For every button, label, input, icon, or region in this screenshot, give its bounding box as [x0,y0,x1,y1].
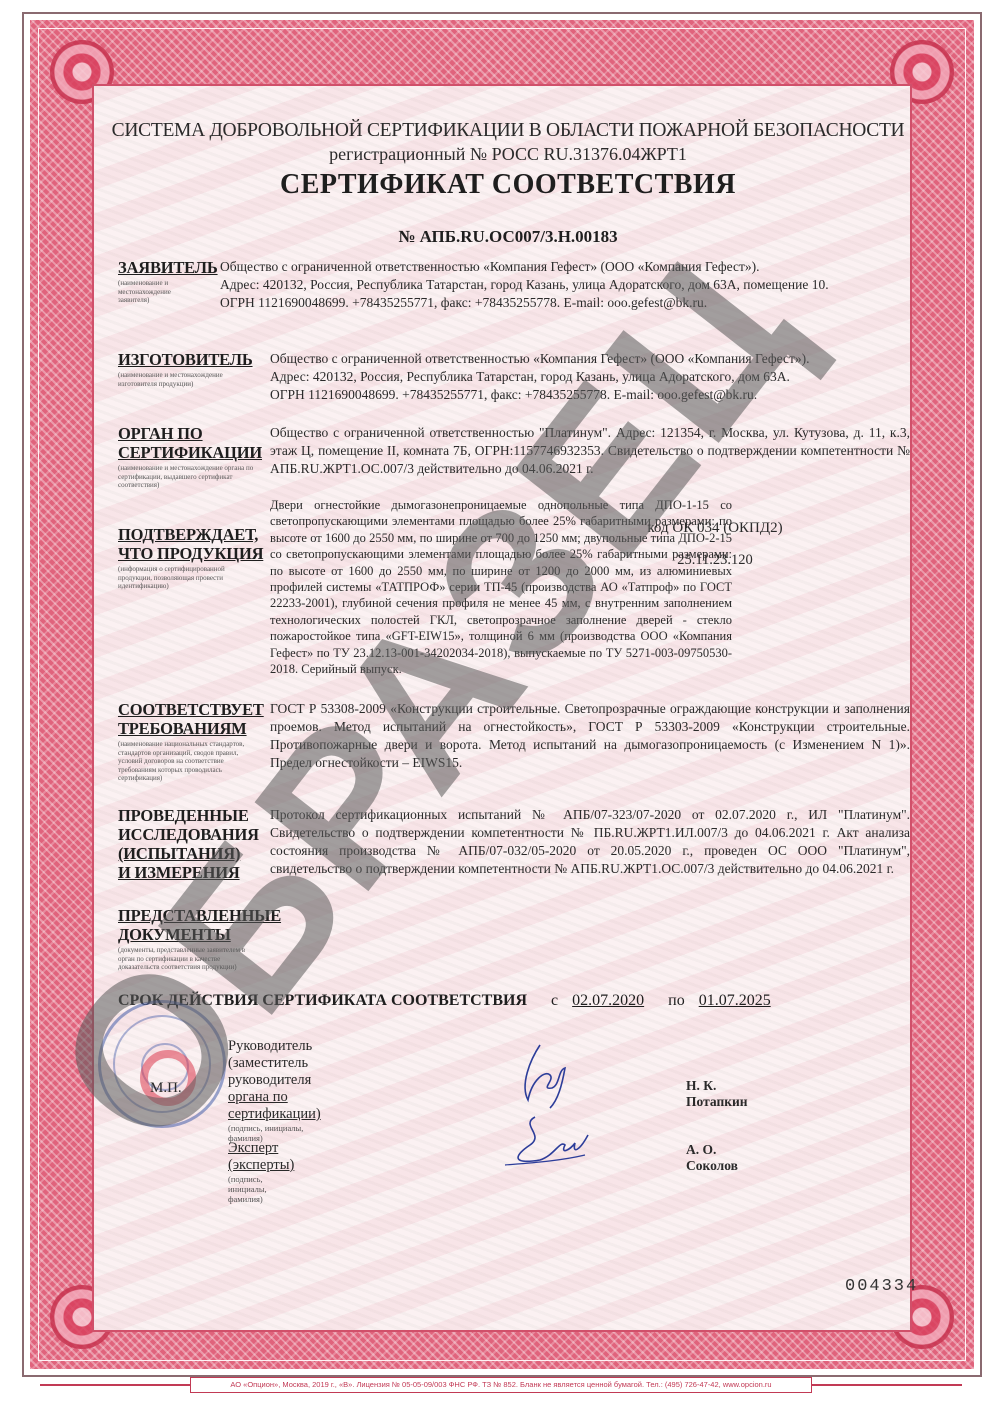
product-label-block: ПОДТВЕРЖДАЕТ, ЧТО ПРОДУКЦИЯ (информация … [118,525,268,591]
applicant-sublabel: (наименование и местонахождение заявител… [118,279,188,305]
validity-from-word: с [551,992,558,1009]
manufacturer-sublabel: (наименование и местонахождение изготови… [118,371,248,388]
applicant-text: Общество с ограниченной ответственностью… [220,258,910,312]
manufacturer-label: ИЗГОТОВИТЕЛЬ [118,350,268,369]
product-sublabel: (информация о сертифицированной продукци… [118,565,258,591]
applicant-line: ОГРН 1121690048699. +78435255771, факс: … [220,294,910,312]
expert-role: Эксперт (эксперты) [228,1140,294,1174]
validity-to-date: 01.07.2025 [699,992,771,1009]
manufacturer-label-block: ИЗГОТОВИТЕЛЬ (наименование и местонахожд… [118,350,268,388]
applicant-line: Общество с ограниченной ответственностью… [220,258,910,276]
head-signature-icon [510,1040,580,1110]
expert-name: А. О. Соколов [686,1142,738,1174]
expert-signature-icon [500,1115,590,1175]
head-name: Н. К. Потапкин [686,1078,748,1110]
expert-signature-caption: (подпись, инициалы, фамилия) [228,1174,294,1204]
expert-role-block: Эксперт (эксперты) (подпись, инициалы, ф… [228,1140,294,1204]
blank-serial-number: 004334 [845,1277,918,1296]
cert-body-label-block: ОРГАН ПО СЕРТИФИКАЦИИ (наименование и ме… [118,424,268,490]
product-label-line2: ЧТО ПРОДУКЦИЯ [118,544,268,563]
footer-rule [812,1384,962,1386]
printer-footer: АО «Опцион», Москва, 2019 г., «В». Лицен… [190,1377,812,1393]
footer-rule [40,1384,190,1386]
validity-to-word: по [668,992,685,1009]
product-label-line1: ПОДТВЕРЖДАЕТ, [118,525,268,544]
applicant-line: Адрес: 420132, Россия, Республика Татарс… [220,276,910,294]
cert-body-label-line2: СЕРТИФИКАЦИИ [118,443,268,462]
cert-body-sublabel: (наименование и местонахождение органа п… [118,464,258,490]
requirements-label-line1: СООТВЕТСТВУЕТ [118,700,268,719]
cert-body-label-line1: ОРГАН ПО [118,424,268,443]
validity-from-date: 02.07.2020 [572,992,644,1009]
